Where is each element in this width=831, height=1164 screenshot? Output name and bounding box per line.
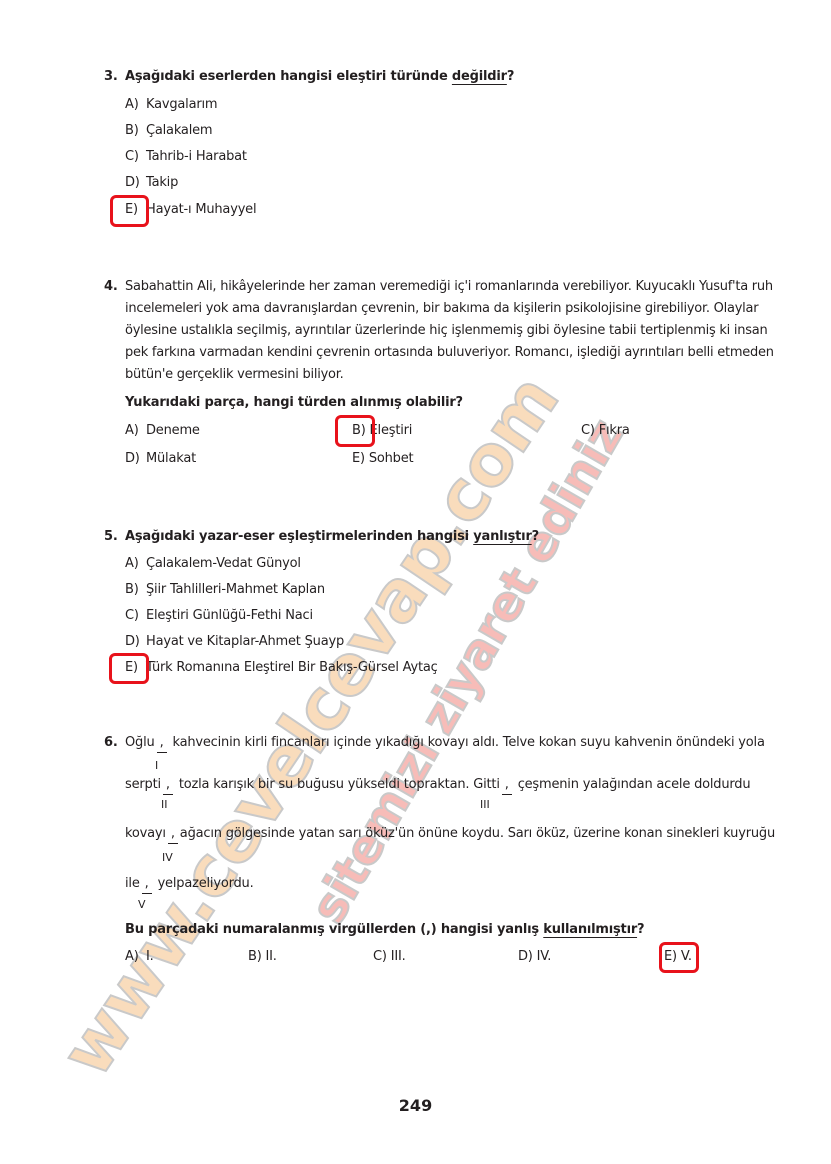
question-3-stem: 3.Aşağıdaki eserlerden hangisi eleştiri … [104,69,514,84]
option-a[interactable]: A)Kavgalarım [125,97,217,112]
emphasis-word: kullanılmıştır [543,922,637,937]
option-c[interactable]: C)Eleştiri Günlüğü-Fethi Naci [125,608,313,623]
option-d[interactable]: D)Takip [125,175,178,190]
option-c[interactable]: C)Tahrib-i Harabat [125,149,247,164]
emphasis-word: değildir [452,69,507,84]
numbered-comma-3: , [500,777,514,792]
option-d[interactable]: D)Hayat ve Kitaplar-Ahmet Şuayp [125,634,344,649]
option-a[interactable]: A)I. [125,949,154,964]
numbered-comma-1: , [155,735,169,750]
question-5-stem: 5.Aşağıdaki yazar-eser eşleştirmelerinde… [104,529,539,544]
numbered-comma-2: , [161,777,175,792]
option-c[interactable]: C) Fıkra [581,423,630,438]
passage-line-3: kovayı,ağacın gölgesinde yatan sarı öküz… [125,826,775,841]
question-number: 5. [104,529,125,544]
roman-label-1: I [155,759,158,772]
question-number: 6. [104,735,118,750]
marked-answer-circle [110,195,149,227]
option-b[interactable]: B)Çalakalem [125,123,212,138]
option-a[interactable]: A)Deneme [125,423,200,438]
roman-label-5: V [138,898,146,911]
option-a[interactable]: A)Çalakalem-Vedat Günyol [125,556,301,571]
option-c[interactable]: C) III. [373,949,406,964]
question-6-prompt: Bu parçadaki numaralanmış virgüllerden (… [125,922,644,937]
option-d[interactable]: D) IV. [518,949,551,964]
option-b[interactable]: B)Şiir Tahlilleri-Mahmet Kaplan [125,582,325,597]
passage-line-4: ile, yelpazeliyordu. [125,876,254,891]
roman-label-3: III [480,798,490,811]
passage-line-2: serpti, tozla karışık bir su buğusu yüks… [125,777,750,792]
emphasis-word: yanlıştır [473,529,531,544]
marked-answer-circle [335,415,375,447]
roman-label-2: II [161,798,168,811]
passage-line-1: Oğlu, kahvecinin kirli fincanları içinde… [125,735,765,750]
option-d[interactable]: D)Mülakat [125,451,196,466]
option-b[interactable]: B) II. [248,949,277,964]
marked-answer-circle [109,653,149,684]
numbered-comma-4: , [166,826,180,841]
numbered-comma-5: , [140,876,154,891]
question-number: 3. [104,69,125,84]
question-4-prompt: Yukarıdaki parça, hangi türden alınmış o… [125,395,463,410]
option-e[interactable]: E)Türk Romanına Eleştirel Bir Bakış-Gürs… [125,660,438,675]
question-4-passage: Sabahattin Ali, hikâyelerinde her zaman … [125,276,749,386]
roman-label-4: IV [162,851,173,864]
textbook-page: www.cevelcevap.com sitemizi ziyaret edin… [0,0,831,1164]
question-number: 4. [104,279,118,294]
page-number: 249 [0,1096,831,1115]
option-e[interactable]: E) Sohbet [352,451,413,466]
marked-answer-circle [659,942,699,973]
